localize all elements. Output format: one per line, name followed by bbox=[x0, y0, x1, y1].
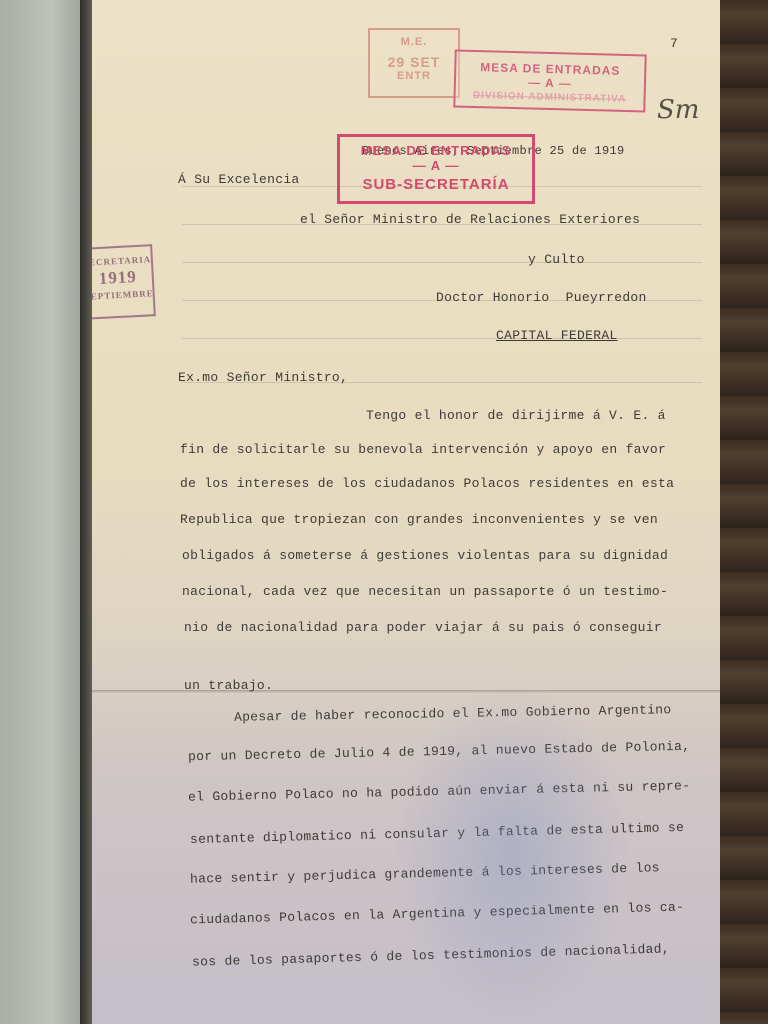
location-line: CAPITAL FEDERAL bbox=[496, 328, 618, 343]
body-line: obligados á someterse á gestiones violen… bbox=[182, 548, 668, 563]
body-line: Tengo el honor de dirijirme á V. E. á bbox=[366, 408, 666, 423]
greeting: Ex.mo Señor Ministro, bbox=[178, 370, 348, 385]
body-line: por un Decreto de Julio 4 de 1919, al nu… bbox=[188, 739, 690, 765]
body-line: un trabajo. bbox=[184, 678, 273, 693]
document-sheet: 7 Sm M.E. 29 SET ENTR MESA DE ENTRADAS —… bbox=[92, 0, 720, 1024]
body-line: ciudadanos Polacos en la Argentina y esp… bbox=[190, 900, 684, 928]
mesa-de-entradas-stamp-division: MESA DE ENTRADAS — A — DIVISION ADMINIST… bbox=[453, 49, 646, 112]
folder-cover bbox=[0, 0, 86, 1024]
body-line: hace sentir y perjudica grandemente á lo… bbox=[190, 860, 660, 886]
addressee-line-1: el Señor Ministro de Relaciones Exterior… bbox=[300, 212, 640, 227]
body-line: sos de los pasaportes ó de los testimoni… bbox=[192, 941, 670, 969]
body-line: el Gobierno Polaco no ha podido aún envi… bbox=[188, 778, 690, 804]
body-line: sentante diplomatico ni consular y la fa… bbox=[190, 820, 684, 847]
body-line: fin de solicitarle su benevola intervenc… bbox=[180, 442, 666, 457]
mesa-de-entradas-stamp-subsecretaria: MESA DE ENTRADAS — A — SUB-SECRETARÍA bbox=[337, 134, 535, 204]
secretaria-date-stamp: SECRETARIA 1919 SEPTIEMBRE bbox=[92, 244, 156, 320]
body-line: de los intereses de los ciudadanos Polac… bbox=[180, 476, 674, 491]
page-number: 7 bbox=[670, 36, 678, 51]
body-line: nio de nacionalidad para poder viajar á … bbox=[184, 620, 662, 635]
handwritten-signature: Sm bbox=[657, 95, 699, 125]
addressee-line-2: y Culto bbox=[528, 252, 585, 267]
wooden-table bbox=[718, 0, 768, 1024]
salutation-to: Á Su Excelencia bbox=[178, 172, 300, 187]
body-line: Apesar de haber reconocido el Ex.mo Gobi… bbox=[234, 702, 672, 725]
date-received-stamp: M.E. 29 SET ENTR bbox=[368, 28, 460, 98]
body-line: Republica que tropiezan con grandes inco… bbox=[180, 512, 658, 527]
body-line: nacional, cada vez que necesitan un pass… bbox=[182, 584, 668, 599]
addressee-line-3: Doctor Honorio Pueyrredon bbox=[436, 290, 647, 305]
